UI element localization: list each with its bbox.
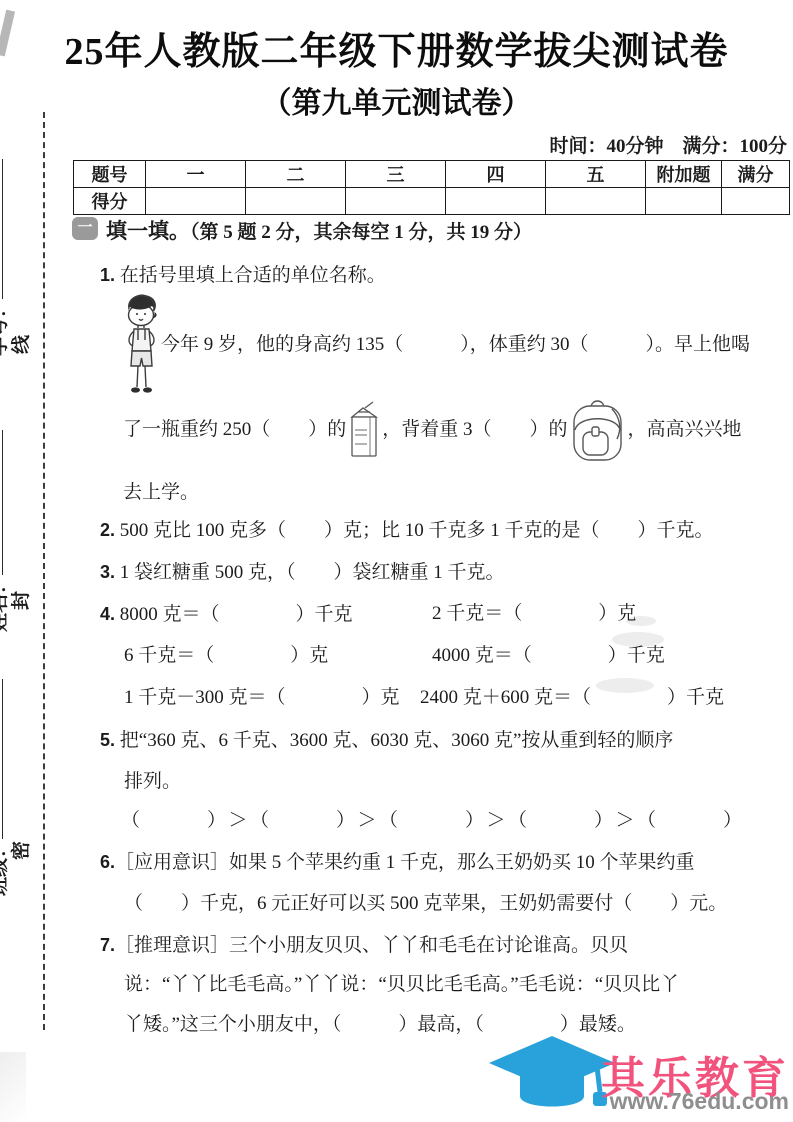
student-id-field: 学号：	[0, 159, 12, 356]
question-3-number: 3.	[100, 562, 115, 582]
question-1-line-2b: ，背着重 3（ ）的	[382, 417, 567, 443]
question-1: 1. 在括号里填上合适的单位名称。	[100, 262, 386, 289]
class-label: 班级：	[0, 839, 10, 896]
question-5-answer-blanks: （ ）＞（ ）＞（ ）＞（ ）＞（ ）	[121, 808, 745, 834]
question-4-line-2a: 6 千克＝（ ）克	[124, 643, 328, 669]
graduation-cap-icon	[487, 1036, 617, 1120]
question-7: 7.［推理意识］三个小朋友贝贝、丫丫和毛毛在讨论谁高。贝贝	[100, 932, 628, 959]
page-title: 25年人教版二年级下册数学拔尖测试卷	[0, 20, 793, 75]
question-6-tag: ［应用意识］	[115, 852, 229, 873]
score-table-score-row: 得分	[74, 188, 790, 215]
question-1-line-1: 今年 9 岁，他的身高约 135（ ），体重约 30（ ）。早上他喝	[161, 332, 750, 358]
logo-website-url: www.76edu.com	[610, 1088, 789, 1115]
backpack-icon	[568, 397, 628, 463]
score-row-label: 得分	[74, 188, 146, 215]
question-3: 3. 1 袋红糖重 500 克，（ ）袋红糖重 1 千克。	[100, 559, 505, 586]
score-cell	[546, 188, 646, 215]
score-cell	[646, 188, 722, 215]
question-5-line-1: 把“360 克、6 千克、3600 克、6030 克、3060 克”按从重到轻的…	[120, 730, 674, 751]
score-cell	[722, 188, 790, 215]
seal-char-mi: 密	[11, 839, 33, 862]
col-total: 满分	[722, 161, 790, 188]
question-1-number: 1.	[100, 265, 115, 285]
question-7-line-1: 三个小朋友贝贝、丫丫和毛毛在讨论谁高。贝贝	[229, 935, 628, 956]
student-id-blank	[0, 159, 3, 299]
score-cell	[346, 188, 446, 215]
time-score-info: 时间：40分钟 满分：100分	[549, 131, 787, 158]
question-2: 2. 500 克比 100 克多（ ）克；比 10 千克多 1 千克的是（ ）千…	[100, 517, 714, 544]
section-score-note: （第 5 题 2 分，其余每空 1 分，共 19 分）	[190, 222, 532, 243]
class-blank	[0, 679, 3, 839]
col-question-number: 题号	[74, 161, 146, 188]
question-3-text: 1 袋红糖重 500 克，（ ）袋红糖重 1 千克。	[120, 562, 505, 583]
question-5-number: 5.	[100, 730, 115, 750]
score-table-header-row: 题号 一 二 三 四 五 附加题 满分	[74, 161, 790, 188]
name-blank	[0, 430, 3, 575]
question-1-line-2: 了一瓶重约 250（ ）的 ，背着重 3（ ）的 ，高高兴兴地	[123, 398, 742, 462]
question-1-text: 在括号里填上合适的单位名称。	[120, 265, 386, 286]
question-7-line-3: 丫矮。”这三个小朋友中，（ ）最高，（ ）最矮。	[124, 1012, 636, 1038]
col-two: 二	[246, 161, 346, 188]
question-1-line-2c: ，高高兴兴地	[628, 417, 742, 443]
seal-dashed-line	[43, 112, 45, 1030]
question-4-line-3a: 1 千克－300 克＝（ ）克	[124, 685, 400, 711]
question-6-line-2: （ ）千克，6 元正好可以买 500 克苹果，王奶奶需要付（ ）元。	[124, 891, 727, 917]
page-subtitle: （第九单元测试卷）	[0, 78, 793, 122]
col-bonus: 附加题	[646, 161, 722, 188]
question-4-number: 4.	[100, 604, 115, 624]
section-one-title: 填一填。（第 5 题 2 分，其余每空 1 分，共 19 分）	[106, 215, 532, 245]
seal-char-xian: 线	[11, 333, 33, 356]
scan-shadow	[0, 1052, 26, 1122]
question-6-number: 6.	[100, 852, 115, 872]
question-1-line-3: 去上学。	[123, 480, 199, 506]
section-one-badge: 一	[72, 217, 98, 240]
score-cell	[446, 188, 546, 215]
col-one: 一	[146, 161, 246, 188]
col-three: 三	[346, 161, 446, 188]
student-id-label: 学号：	[0, 299, 10, 356]
score-cell	[246, 188, 346, 215]
milk-carton-icon	[346, 400, 382, 460]
question-5: 5. 把“360 克、6 千克、3600 克、6030 克、3060 克”按从重…	[100, 727, 673, 754]
col-five: 五	[546, 161, 646, 188]
question-4-l1a-text: 8000 克＝（ ）千克	[120, 604, 353, 625]
question-2-number: 2.	[100, 520, 115, 540]
score-cell	[146, 188, 246, 215]
question-4-line-1b: 2 千克＝（ ）克	[432, 601, 636, 627]
col-four: 四	[446, 161, 546, 188]
score-table: 题号 一 二 三 四 五 附加题 满分 得分	[73, 160, 790, 215]
class-field: 班级：	[0, 679, 12, 896]
question-2-text: 500 克比 100 克多（ ）克；比 10 千克多 1 千克的是（ ）千克。	[120, 520, 714, 541]
name-label: 姓名：	[0, 575, 10, 632]
section-title-text: 填一填。	[106, 220, 190, 243]
question-5-line-2: 排列。	[124, 769, 181, 795]
question-6: 6.［应用意识］如果 5 个苹果约重 1 千克，那么王奶奶买 10 个苹果约重	[100, 849, 695, 876]
question-6-line-1: 如果 5 个苹果约重 1 千克，那么王奶奶买 10 个苹果约重	[229, 852, 695, 873]
question-7-line-2: 说：“丫丫比毛毛高。”丫丫说：“贝贝比毛毛高。”毛毛说：“贝贝比丫	[124, 972, 679, 998]
question-7-number: 7.	[100, 935, 115, 955]
question-7-tag: ［推理意识］	[115, 935, 229, 956]
question-1-line-2a: 了一瓶重约 250（ ）的	[123, 417, 346, 443]
question-4-line-1a: 4. 8000 克＝（ ）千克	[100, 601, 353, 628]
question-4-line-2b: 4000 克＝（ ）千克	[432, 643, 665, 669]
test-paper-page: 25年人教版二年级下册数学拔尖测试卷 （第九单元测试卷） 时间：40分钟 满分：…	[0, 0, 793, 1122]
seal-char-feng: 封	[11, 589, 33, 612]
question-4-line-3b: 2400 克＋600 克＝（ ）千克	[420, 685, 724, 711]
